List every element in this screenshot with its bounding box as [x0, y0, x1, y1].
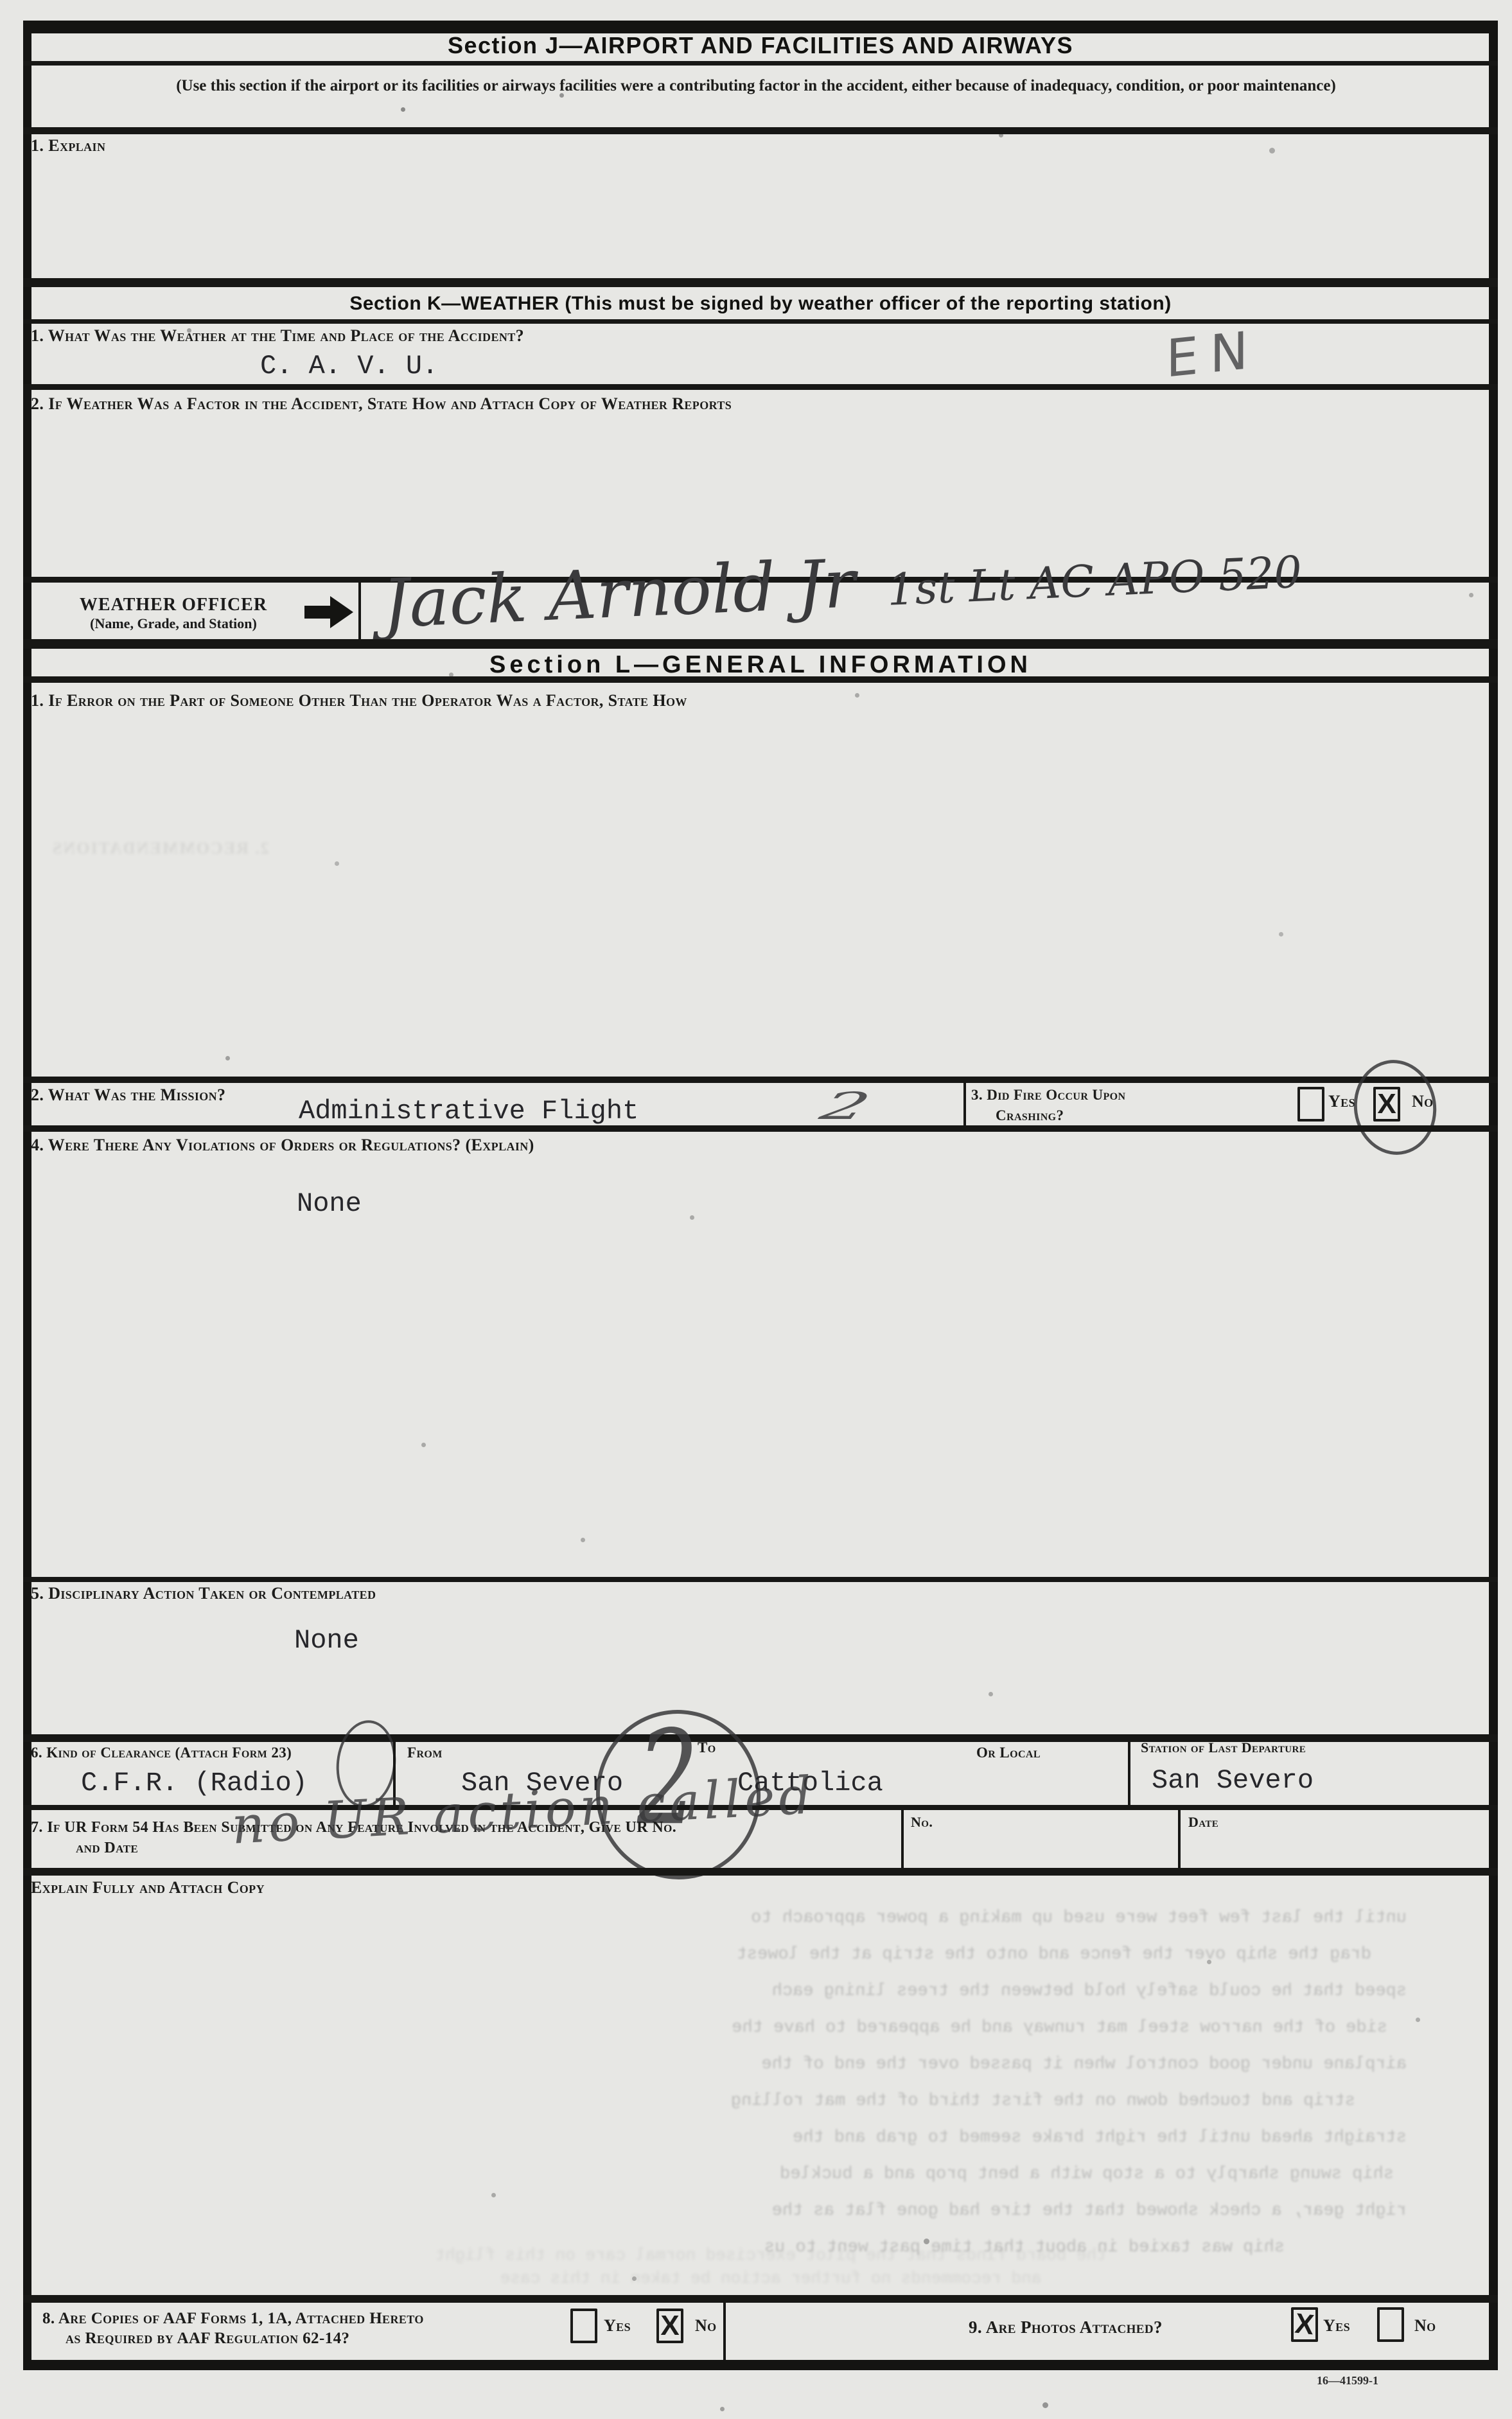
photos-yes-mark: X	[1289, 2306, 1319, 2343]
l-q2-mission-label: 2. What Was the Mission?	[31, 1086, 225, 1105]
l-q7-date-field[interactable]	[1190, 1834, 1472, 1863]
bleed-line: ship swung sharply to a stop with a bent…	[148, 2156, 1407, 2193]
rule	[23, 1868, 1498, 1876]
rule	[23, 1077, 1498, 1083]
rule	[23, 384, 1498, 390]
l-q6-or-local-label: Or Local	[976, 1745, 1041, 1761]
bleed-through-heading: 2. RECOMMENDATIONS	[51, 839, 269, 858]
rule	[23, 127, 1498, 134]
l-q3-fire-label-line2: Crashing?	[996, 1107, 1064, 1124]
bleed-through-footer-line: and recommends no further action be take…	[161, 2269, 1381, 2288]
k-q2-label: 2. If Weather Was a Factor in the Accide…	[31, 394, 732, 414]
j-q1-explain-field[interactable]	[193, 173, 1349, 251]
rule	[23, 676, 1498, 683]
paper-dust-specks	[0, 0, 3, 3]
l-q7-no-field[interactable]	[912, 1834, 1156, 1863]
k-q1-pencil-annotation: EN	[1166, 319, 1260, 389]
rule	[23, 278, 1498, 287]
l-q4-violations-value[interactable]: None	[297, 1188, 362, 1219]
fire-yes-label: Yes	[1328, 1092, 1355, 1111]
photos-no-mark	[1377, 2307, 1404, 2342]
bleed-line: drag the ship over the fence and onto th…	[148, 1937, 1407, 1973]
weather-officer-sublabel: (Name, Grade, and Station)	[45, 615, 302, 632]
k-q1-weather-value[interactable]: C. A. V. U.	[260, 351, 438, 382]
l-q7-label-line2: and Date	[76, 1840, 138, 1857]
rule	[23, 1577, 1498, 1582]
l-q2-mission-value[interactable]: Administrative Flight	[299, 1096, 638, 1127]
bleed-line: speed that he could safely hold between …	[148, 1973, 1407, 2010]
divider	[723, 2303, 726, 2360]
fire-yes-checkbox[interactable]	[1297, 1087, 1324, 1122]
scanned-accident-report-page: Section J—AIRPORT AND FACILITIES AND AIR…	[0, 0, 1512, 2419]
l-q8-label-line1: 8. Are Copies of AAF Forms 1, 1A, Attach…	[42, 2310, 424, 2328]
l-q8-label-line2: as Required by AAF Regulation 62-14?	[66, 2330, 349, 2348]
l-q1-label: 1. If Error on the Part of Someone Other…	[31, 691, 687, 710]
rule	[23, 639, 1498, 649]
rule	[23, 61, 1498, 66]
rule	[23, 2295, 1498, 2303]
divider	[901, 1810, 904, 1868]
divider	[1178, 1810, 1181, 1868]
bleed-line: straight ahead until the right brake see…	[148, 2120, 1407, 2156]
divider	[963, 1083, 966, 1125]
l-q6-clearance-label: 6. Kind of Clearance (Attach Form 23)	[31, 1745, 292, 1761]
j-q1-explain-label: 1. Explain	[31, 136, 105, 155]
section-j-subtitle: (Use this section if the airport or its …	[82, 75, 1430, 98]
forms-attached-yes-checkbox[interactable]	[570, 2309, 597, 2343]
bleed-line: right gear, a check showed that the tire…	[148, 2193, 1407, 2230]
l-q5-disciplinary-label: 5. Disciplinary Action Taken or Contempl…	[31, 1584, 376, 1603]
l-q6-from-label: From	[407, 1745, 443, 1761]
explain-fully-label: Explain Fully and Attach Copy	[31, 1878, 265, 1897]
weather-officer-label: WEATHER OFFICER	[45, 595, 302, 615]
l-q9-photos-label: 9. Are Photos Attached?	[969, 2318, 1163, 2337]
forms-attached-no-checkbox[interactable]: X	[656, 2309, 683, 2343]
l-q4-violations-label: 4. Were There Any Violations of Orders o…	[31, 1136, 534, 1155]
section-l-title: Section L—GENERAL INFORMATION	[23, 651, 1498, 679]
l-q6-station-label: Station of Last Departure	[1141, 1739, 1306, 1756]
section-j-title: Section J—AIRPORT AND FACILITIES AND AIR…	[23, 32, 1498, 59]
k-q1-label: 1. What Was the Weather at the Time and …	[31, 326, 524, 346]
bleed-through-text: until the last few feet were used up mak…	[148, 1900, 1407, 2266]
l-q3-fire-label-line1: 3. Did Fire Occur Upon	[971, 1087, 1125, 1104]
forms-attached-yes-label: Yes	[604, 2316, 631, 2335]
rule	[23, 319, 1498, 324]
bleed-line: strip and touched down on the first thir…	[148, 2083, 1407, 2120]
forms-attached-no-label: No	[695, 2316, 717, 2335]
bleed-line: airplane under good control when it pass…	[148, 2046, 1407, 2083]
photos-no-label: No	[1414, 2316, 1436, 2335]
l-q7-no-label: No.	[911, 1814, 933, 1831]
l-q5-disciplinary-value[interactable]: None	[294, 1625, 359, 1656]
photos-no-checkbox[interactable]	[1377, 2307, 1404, 2342]
signature-detail: 1st Lt AC APO 520	[886, 547, 1303, 616]
gpo-print-code: 16—41599-1	[1317, 2374, 1378, 2388]
forms-attached-yes-mark	[570, 2309, 597, 2343]
section-k-title: Section K—WEATHER (This must be signed b…	[23, 293, 1498, 315]
bleed-through-footer-line: the board finds that the pilot exercised…	[161, 2246, 1381, 2265]
fire-yes-mark	[1297, 1087, 1324, 1122]
divider	[1128, 1742, 1130, 1805]
bleed-line: side of the narrow steel mat runway and …	[148, 2010, 1407, 2046]
divider	[358, 583, 361, 642]
l-q1-field[interactable]	[193, 739, 1349, 996]
l-q7-date-label: Date	[1188, 1814, 1218, 1831]
rule	[23, 1125, 1498, 1132]
photos-yes-label: Yes	[1323, 2316, 1350, 2335]
arrow-right-icon	[304, 596, 353, 628]
forms-attached-no-mark: X	[656, 2309, 683, 2343]
photos-yes-checkbox[interactable]: X	[1291, 2307, 1318, 2342]
l-q6-station-value[interactable]: San Severo	[1152, 1765, 1314, 1796]
bleed-line: until the last few feet were used up mak…	[148, 1900, 1407, 1937]
